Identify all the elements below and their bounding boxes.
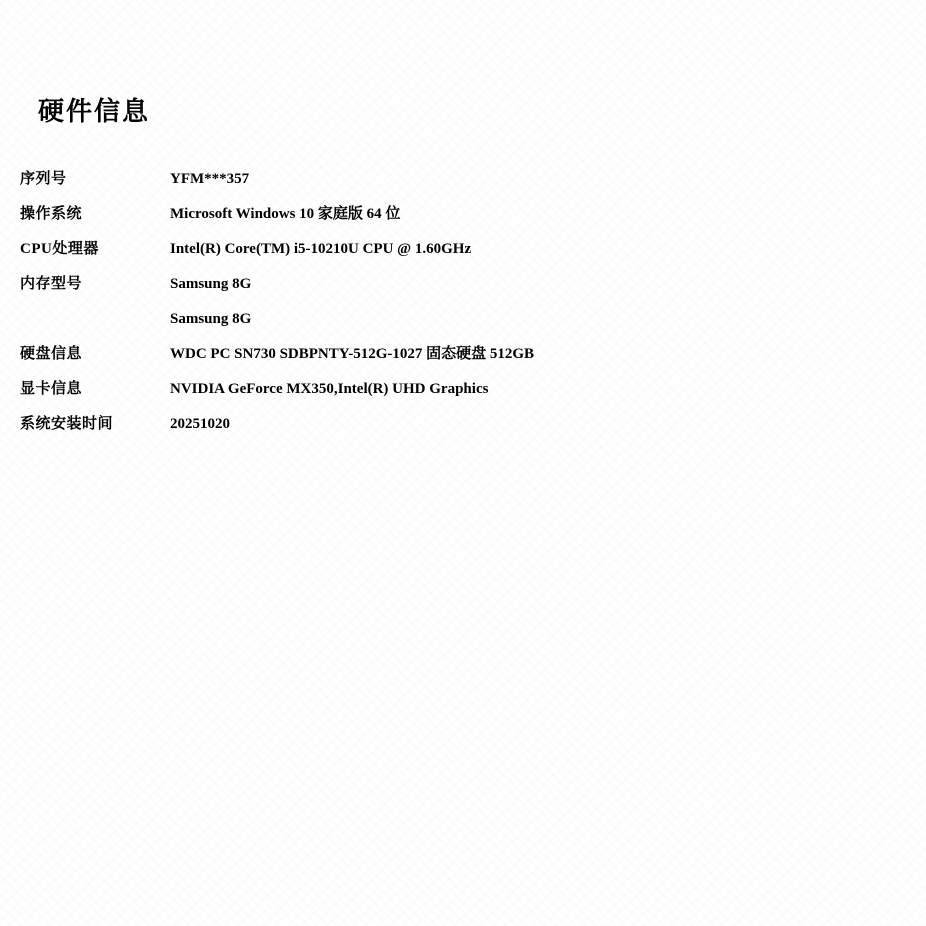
info-values: Samsung 8G Samsung 8G	[170, 267, 880, 337]
info-value: NVIDIA GeForce MX350,Intel(R) UHD Graphi…	[170, 372, 880, 407]
info-row-graphics: 显卡信息 NVIDIA GeForce MX350,Intel(R) UHD G…	[20, 372, 880, 407]
info-value: Microsoft Windows 10 家庭版 64 位	[170, 197, 880, 232]
info-value: 20251020	[170, 407, 880, 442]
info-label: 内存型号	[20, 267, 170, 302]
info-label: 显卡信息	[20, 372, 170, 407]
info-values: NVIDIA GeForce MX350,Intel(R) UHD Graphi…	[170, 372, 880, 407]
info-value: Samsung 8G	[170, 267, 880, 302]
info-row-serial-number: 序列号 YFM***357	[20, 162, 880, 197]
info-values: YFM***357	[170, 162, 880, 197]
info-values: 20251020	[170, 407, 880, 442]
info-values: Microsoft Windows 10 家庭版 64 位	[170, 197, 880, 232]
info-label: 硬盘信息	[20, 337, 170, 372]
hardware-info-page: 硬件信息 序列号 YFM***357 操作系统 Microsoft Window…	[0, 0, 926, 926]
info-value: Intel(R) Core(TM) i5-10210U CPU @ 1.60GH…	[170, 232, 880, 267]
info-row-cpu: CPU处理器 Intel(R) Core(TM) i5-10210U CPU @…	[20, 232, 880, 267]
info-row-memory: 内存型号 Samsung 8G Samsung 8G	[20, 267, 880, 337]
info-row-disk: 硬盘信息 WDC PC SN730 SDBPNTY-512G-1027 固态硬盘…	[20, 337, 880, 372]
info-value: YFM***357	[170, 162, 880, 197]
info-value: WDC PC SN730 SDBPNTY-512G-1027 固态硬盘 512G…	[170, 337, 880, 372]
info-row-operating-system: 操作系统 Microsoft Windows 10 家庭版 64 位	[20, 197, 880, 232]
info-label: 序列号	[20, 162, 170, 197]
info-label: 操作系统	[20, 197, 170, 232]
page-title: 硬件信息	[38, 96, 150, 128]
info-label: 系统安装时间	[20, 407, 170, 442]
hardware-info-table: 序列号 YFM***357 操作系统 Microsoft Windows 10 …	[20, 162, 880, 442]
info-values: Intel(R) Core(TM) i5-10210U CPU @ 1.60GH…	[170, 232, 880, 267]
info-values: WDC PC SN730 SDBPNTY-512G-1027 固态硬盘 512G…	[170, 337, 880, 372]
info-value: Samsung 8G	[170, 302, 880, 337]
info-label: CPU处理器	[20, 232, 170, 267]
info-row-install-date: 系统安装时间 20251020	[20, 407, 880, 442]
